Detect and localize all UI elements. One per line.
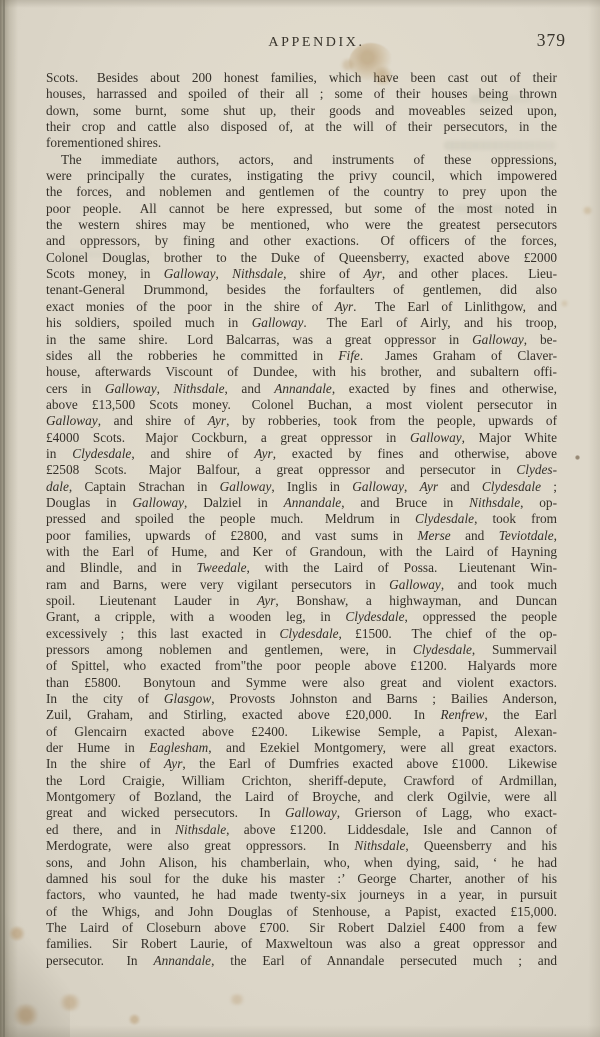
text-line: than £5800. Bonytoun and Symme were also… — [46, 675, 557, 691]
text-line: Galloway, and shire of Ayr, by robberies… — [46, 413, 557, 429]
text-line: and oppressors, by fining and other exac… — [46, 233, 557, 249]
text-line: exact monies of the poor in the shire of… — [46, 299, 557, 315]
page-top-edge-shadow — [0, 0, 600, 8]
text-line: persecutor. In Annandale, the Earl of An… — [46, 953, 557, 969]
foxing-spot — [560, 300, 569, 307]
text-line: sides all the robberies he committed in … — [46, 348, 557, 364]
text-line: dale, Captain Strachan in Galloway, Ingl… — [46, 479, 557, 495]
text-line: Scots. Besides about 200 honest families… — [46, 70, 557, 86]
text-line: the western shires may be mentioned, who… — [46, 217, 557, 233]
text-line: excessively ; this last exacted in Clyde… — [46, 626, 557, 642]
text-line: forementioned shires. — [46, 135, 557, 151]
text-line: Colonel Douglas, brother to the Duke of … — [46, 250, 557, 266]
text-line: The Laird of Closeburn above £700. Sir R… — [46, 920, 557, 936]
text-line: Scots money, in Galloway, Nithsdale, shi… — [46, 266, 557, 282]
ink-speck — [575, 455, 580, 460]
text-line: of Spittel, who exacted from"the poor pe… — [46, 658, 557, 674]
text-line: the Lord Craigie, William Crichton, sher… — [46, 773, 557, 789]
text-line: cers in Galloway, Nithsdale, and Annanda… — [46, 381, 557, 397]
body-text: Scots. Besides about 200 honest families… — [46, 70, 557, 969]
text-line: der Hume in Eaglesham, and Ezekiel Montg… — [46, 740, 557, 756]
text-line: their crop and cattle also disposed of, … — [46, 119, 557, 135]
text-line: pressed and spoiled the people much. Mel… — [46, 511, 557, 527]
text-line: pressors among noblemen and gentlemen, w… — [46, 642, 557, 658]
page-right-edge-shadow — [588, 0, 600, 1037]
text-line: The immediate authors, actors, and instr… — [46, 152, 557, 168]
text-line: poor people. All cannot be here expresse… — [46, 201, 557, 217]
text-line: poor families, upwards of £2800, and vas… — [46, 528, 557, 544]
text-line: tenant-General Drummond, besides the for… — [46, 282, 557, 298]
text-line: Zuil, Graham, and Stirling, exacted abov… — [46, 707, 557, 723]
foxing-spot — [128, 1014, 141, 1025]
text-line: with the Earl of Hume, and Ker of Grando… — [46, 544, 557, 560]
text-line: down, some burnt, some shut up, their go… — [46, 103, 557, 119]
text-line: £2508 Scots. Major Balfour, a great oppr… — [46, 462, 557, 478]
text-line: Grant, a cripple, with a wooden leg, in … — [46, 609, 557, 625]
foxing-spot — [228, 994, 246, 1005]
text-line: ram and Barns, were very vigilant persec… — [46, 577, 557, 593]
page-bottom-edge-shadow — [0, 1025, 600, 1037]
text-line: were principally the curates, instigatin… — [46, 168, 557, 184]
text-line: £4000 Scots. Major Cockburn, a great opp… — [46, 430, 557, 446]
book-page: APPENDIX. 379 Scots. Besides about 200 h… — [0, 0, 600, 1037]
text-line: houses, harrassed and spoiled of their a… — [46, 86, 557, 102]
text-line: in the same shire. Lord Balcarras, was a… — [46, 332, 557, 348]
page-number: 379 — [537, 30, 566, 51]
text-line: In the city of Glasgow, Provosts Johnsto… — [46, 691, 557, 707]
text-line: in Clydesdale, and shire of Ayr, exacted… — [46, 446, 557, 462]
running-title: APPENDIX. — [268, 35, 364, 51]
page-header: APPENDIX. 379 — [46, 33, 557, 57]
text-line: his soldiers, spoiled much in Galloway. … — [46, 315, 557, 331]
text-line: above £13,500 Scots money. Colonel Bucha… — [46, 397, 557, 413]
text-line: sons, and John Alison, his chamberlain, … — [46, 855, 557, 871]
text-line: families. Sir Robert Laurie, of Maxwelto… — [46, 936, 557, 952]
text-line: and Blindle, and in Tweedale, with the L… — [46, 560, 557, 576]
text-line: In the shire of Ayr, the Earl of Dumfrie… — [46, 756, 557, 772]
text-line: house, afterwards Viscount of Dundee, wi… — [46, 364, 557, 380]
text-line: ed there, and in Nithsdale, above £1200.… — [46, 822, 557, 838]
text-line: of Glencairn exacted above £2400. Likewi… — [46, 724, 557, 740]
text-line: Douglas in Galloway, Dalziel in Annandal… — [46, 495, 557, 511]
page-left-edge-line — [3, 0, 5, 1037]
text-line: spoil. Lieutenant Lauder in Ayr, Bonshaw… — [46, 593, 557, 609]
text-line: Montgomery of Bozland, the Laird of Broy… — [46, 789, 557, 805]
text-line: the forces, and noblemen and gentlemen o… — [46, 184, 557, 200]
text-line: factors, who vaunted, he had made twenty… — [46, 887, 557, 903]
text-line: of the Whigs, and John Douglas of Stenho… — [46, 904, 557, 920]
text-line: Merdograte, were also great oppressors. … — [46, 838, 557, 854]
text-line: great and wicked persecutors. In Gallowa… — [46, 805, 557, 821]
text-line: damned his soul for the duke his master … — [46, 871, 557, 887]
